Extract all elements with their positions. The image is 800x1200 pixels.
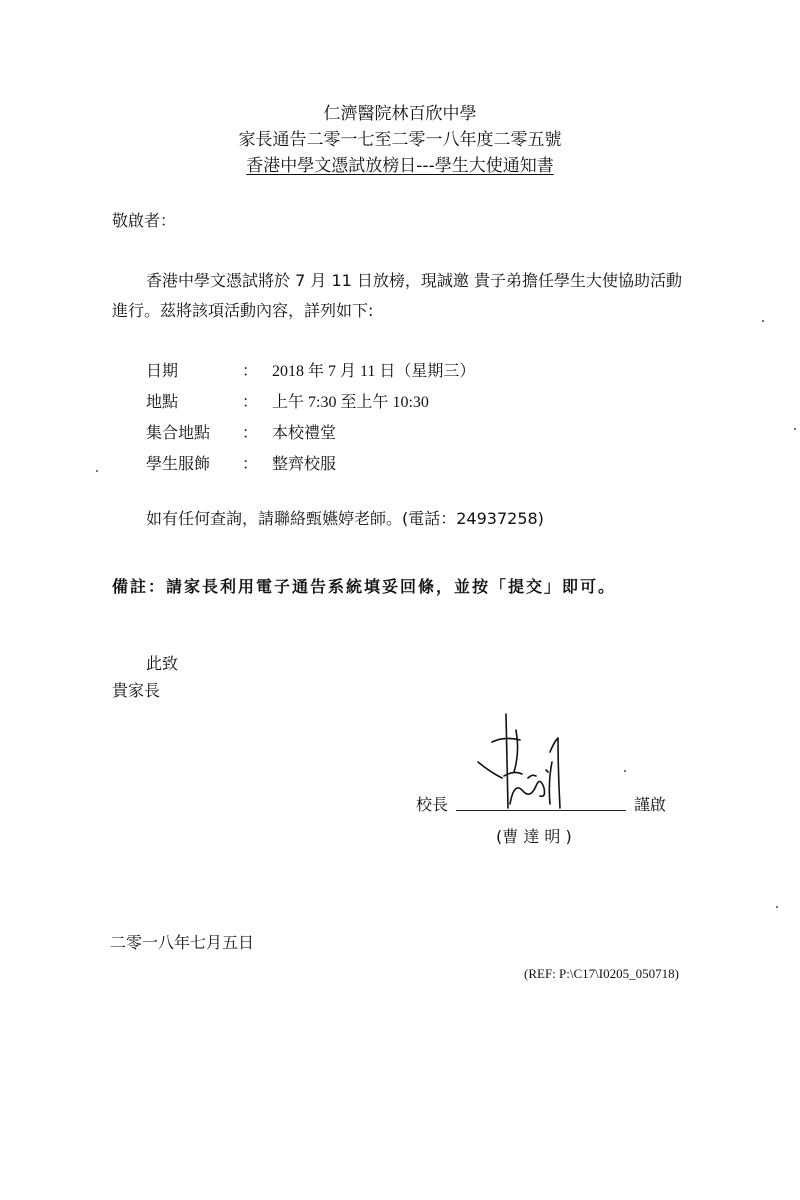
scan-speck bbox=[762, 320, 764, 322]
principal-name: (曹 達 明 ) bbox=[496, 827, 572, 847]
closing-line2: 貴家長 bbox=[112, 681, 160, 701]
detail-value: 上午 7:30 至上午 10:30 bbox=[272, 389, 429, 412]
detail-value: 本校禮堂 bbox=[272, 420, 336, 443]
notice-date: 二零一八年七月五日 bbox=[110, 933, 254, 953]
body-paragraph-line1: 香港中學文憑試將於 7 月 11 日放榜，現誠邀 貴子弟擔任學生大使協助活動 bbox=[146, 271, 682, 291]
scan-speck bbox=[624, 770, 626, 772]
scan-speck bbox=[776, 906, 778, 908]
scan-speck bbox=[96, 470, 98, 472]
salutation: 敬啟者： bbox=[112, 211, 176, 231]
detail-value: 整齊校服 bbox=[272, 451, 336, 474]
detail-colon: ： bbox=[242, 358, 258, 381]
inquiry-text: 如有任何查詢，請聯絡甄嬿婷老師。(電話：24937258) bbox=[146, 509, 544, 529]
reference-code: (REF: P:\C17\I0205_050718) bbox=[524, 966, 679, 982]
notice-title: 香港中學文憑試放榜日---學生大使通知書 bbox=[0, 155, 800, 177]
detail-colon: ： bbox=[242, 451, 258, 474]
detail-value: 2018 年 7 月 11 日（星期三） bbox=[272, 358, 475, 381]
notice-number: 家長通告二零一七至二零一八年度二零五號 bbox=[0, 129, 800, 151]
detail-colon: ： bbox=[242, 420, 258, 443]
signature-title-left: 校長 bbox=[416, 795, 448, 815]
remark-text: 備註：請家長利用電子通告系統填妥回條，並按「提交」即可。 bbox=[112, 577, 616, 597]
scan-speck bbox=[794, 428, 796, 430]
detail-colon: ： bbox=[242, 389, 258, 412]
school-name: 仁濟醫院林百欣中學 bbox=[0, 103, 800, 125]
notice-title-text: 香港中學文憑試放榜日---學生大使通知書 bbox=[246, 156, 553, 176]
detail-label: 日期 bbox=[146, 358, 178, 381]
detail-label: 集合地點 bbox=[146, 420, 210, 443]
body-paragraph-line2: 進行。茲將該項活動內容，詳列如下: bbox=[112, 301, 373, 321]
signature-title-right: 謹啟 bbox=[634, 795, 666, 815]
closing-line1: 此致 bbox=[146, 654, 178, 674]
detail-label: 學生服飾 bbox=[146, 451, 210, 474]
handwritten-signature-icon bbox=[470, 712, 580, 812]
detail-label: 地點 bbox=[146, 389, 178, 412]
